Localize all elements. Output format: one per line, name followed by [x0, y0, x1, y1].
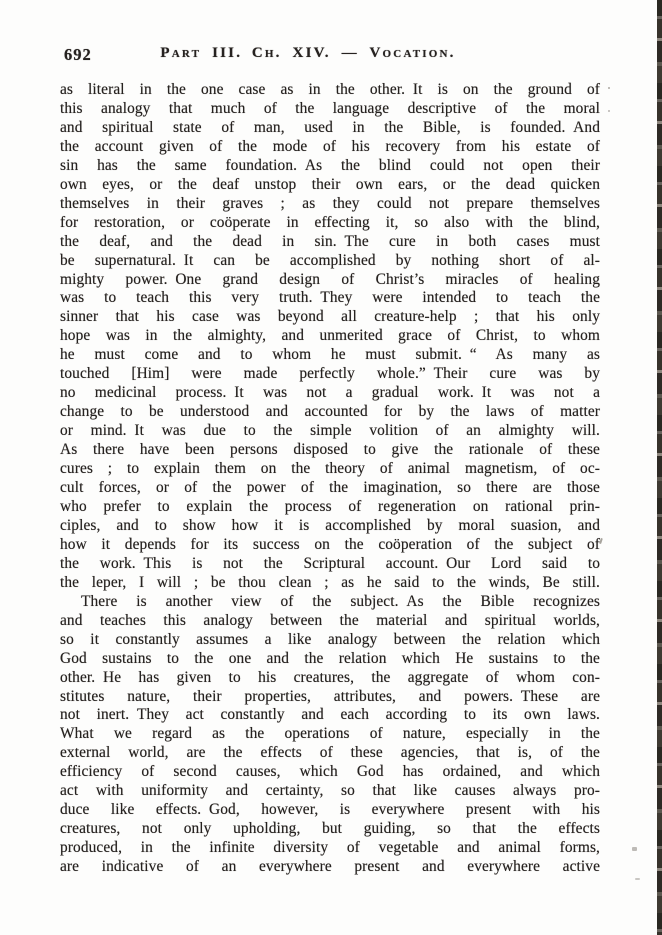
- scan-speck: [635, 878, 640, 880]
- text-block: as literal in the one case as in the oth…: [60, 81, 600, 877]
- text-line: duce like effects. God, however, is ever…: [60, 801, 600, 820]
- text-line: as literal in the one case as in the oth…: [60, 81, 600, 100]
- text-line: and spiritual state of man, used in the …: [60, 119, 600, 138]
- scan-speck: [599, 538, 603, 544]
- scan-speck: [632, 847, 637, 851]
- text-line: produced, in the infinite diversity of v…: [60, 839, 600, 858]
- paragraph-continuation: as literal in the one case as in the oth…: [60, 81, 600, 593]
- text-line: God sustains to the one and the relation…: [60, 650, 600, 669]
- text-line: ciples, and to show how it is accomplish…: [60, 517, 600, 536]
- text-line: who prefer to explain the process of reg…: [60, 498, 600, 517]
- scan-edge-artifact: [657, 0, 662, 935]
- text-line: or mind. It was due to the simple voliti…: [60, 422, 600, 441]
- text-line: themselves in their graves ; as they cou…: [60, 195, 600, 214]
- text-line: the leper, I will ; be thou clean ; as h…: [60, 574, 600, 593]
- text-line: own eyes, or the deaf unstop their own e…: [60, 176, 600, 195]
- text-line: As there have been persons disposed to g…: [60, 441, 600, 460]
- text-line: touched [Him] were made perfectly whole.…: [60, 365, 600, 384]
- text-line: efficiency of second causes, which God h…: [60, 763, 600, 782]
- book-page: 692 Part III. Ch. XIV. — Vocation. as li…: [0, 0, 662, 935]
- text-line: sin has the same foundation. As the blin…: [60, 157, 600, 176]
- text-line: other. He has given to his creatures, th…: [60, 669, 600, 688]
- text-line: was to teach this very truth. They were …: [60, 289, 600, 308]
- text-line: no medicinal process. It was not a gradu…: [60, 384, 600, 403]
- text-line: creatures, not only upholding, but guidi…: [60, 820, 600, 839]
- text-line: be supernatural. It can be accomplished …: [60, 252, 600, 271]
- text-line: change to be understood and accounted fo…: [60, 403, 600, 422]
- text-line: cult forces, or of the power of the imag…: [60, 479, 600, 498]
- text-line: he must come and to whom he must submit.…: [60, 346, 600, 365]
- running-header: Part III. Ch. XIV. — Vocation.: [38, 45, 578, 62]
- text-line: external world, are the effects of these…: [60, 744, 600, 763]
- text-line: so it constantly assumes a like analogy …: [60, 631, 600, 650]
- text-line: not inert. They act constantly and each …: [60, 706, 600, 725]
- text-line: for restoration, or coöperate in effecti…: [60, 214, 600, 233]
- scan-speck: [608, 110, 610, 112]
- text-line: the work. This is not the Scriptural acc…: [60, 555, 600, 574]
- text-line: act with uniformity and certainty, so th…: [60, 782, 600, 801]
- scan-speck: [608, 87, 610, 89]
- text-line: this analogy that much of the language d…: [60, 100, 600, 119]
- text-line: are indicative of an everywhere present …: [60, 858, 600, 877]
- text-line: cures ; to explain them on the theory of…: [60, 460, 600, 479]
- paragraph-another-view: There is another view of the subject. As…: [60, 593, 600, 877]
- page-header: 692 Part III. Ch. XIV. — Vocation.: [60, 45, 600, 63]
- text-line: What we regard as the operations of natu…: [60, 725, 600, 744]
- text-line: the account given of the mode of his rec…: [60, 138, 600, 157]
- text-line: hope was in the almighty, and unmerited …: [60, 327, 600, 346]
- text-line: There is another view of the subject. As…: [60, 593, 600, 612]
- text-line: sinner that his case was beyond all crea…: [60, 308, 600, 327]
- text-line: stitutes nature, their properties, attri…: [60, 688, 600, 707]
- text-line: the deaf, and the dead in sin. The cure …: [60, 233, 600, 252]
- text-line: how it depends for its success on the co…: [60, 536, 600, 555]
- text-line: and teaches this analogy between the mat…: [60, 612, 600, 631]
- text-line: mighty power. One grand design of Christ…: [60, 271, 600, 290]
